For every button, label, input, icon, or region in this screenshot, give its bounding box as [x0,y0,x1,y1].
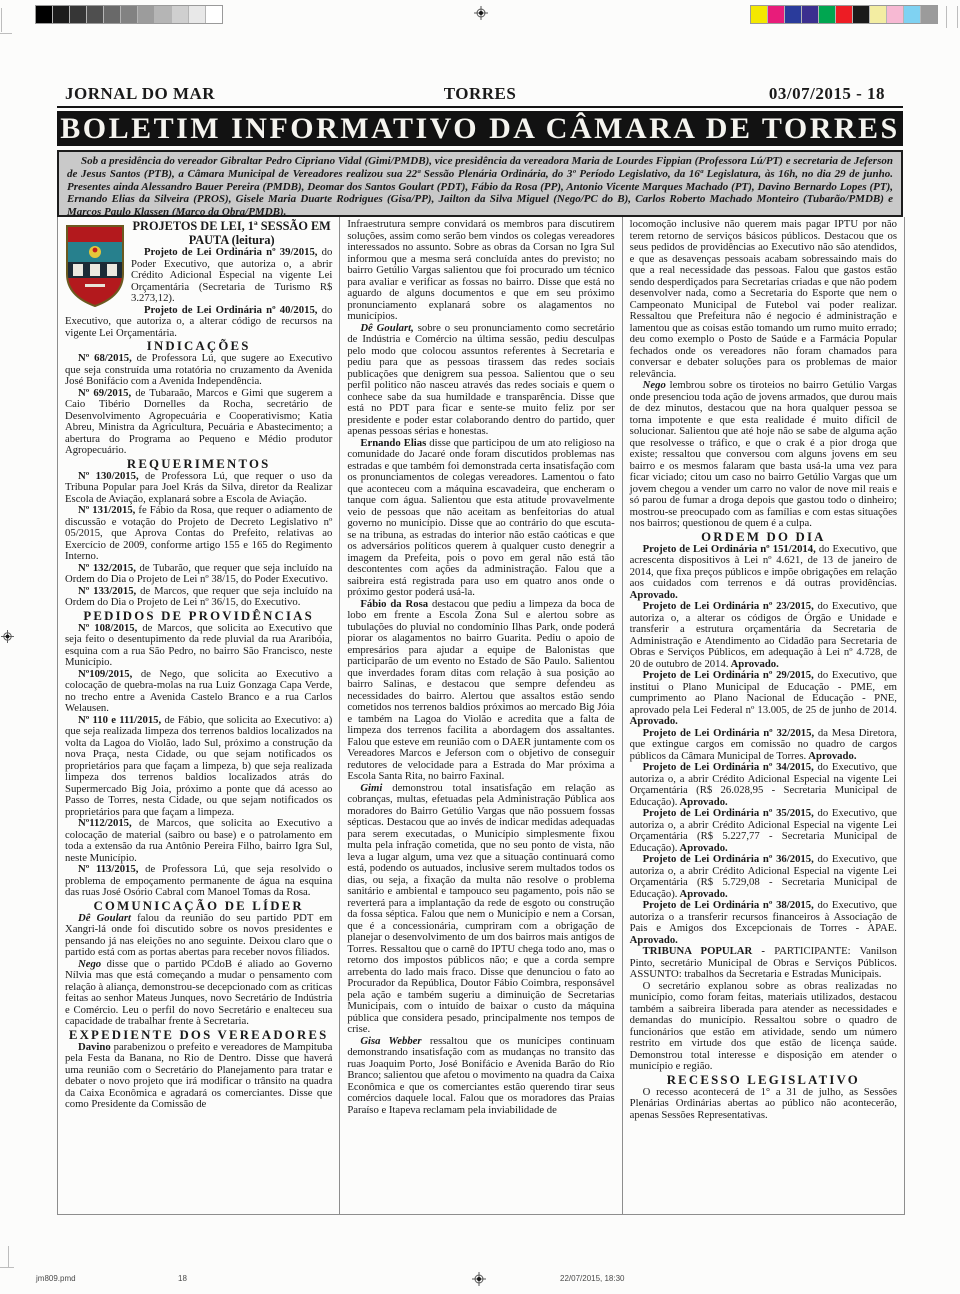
paragraph-lead: Nº112/2015, [78,817,139,829]
crop-mark [8,1246,9,1268]
paragraph-lead: Nº 132/2015, [78,562,139,574]
paragraph: Projeto de Lei Ordinária nº 32/2015, da … [630,728,897,763]
paragraph: Nº 113/2015, de Professora Lú, que seja … [65,864,332,899]
calibration-swatch [155,6,172,23]
masthead-date-page: 03/07/2015 - 18 [769,84,885,104]
masthead-rule [57,106,903,108]
calibration-swatch [768,6,785,23]
paragraph: Nego lembrou sobre os tiroteios no bairr… [630,380,897,530]
paragraph-lead: Nego [78,958,107,970]
paragraph-lead: Projeto de Lei Ordinária nº 32/2015, [643,727,818,739]
paragraph: Projeto de Lei Ordinária nº 34/2015, do … [630,762,897,808]
paragraph-tail: Aprovado. [677,842,727,854]
paragraph-lead: TRIBUNA POPULAR - [643,945,775,957]
calibration-swatch [819,6,836,23]
section-heading: ORDEM DO DIA [630,530,897,544]
crop-mark [0,33,12,34]
paragraph: Projeto de Lei Ordinária nº 40/2015, do … [65,305,332,340]
calibration-swatch [70,6,87,23]
paragraph: Projeto de Lei Ordinária nº 29/2015, do … [630,670,897,728]
paragraph-lead: Projeto de Lei Ordinária nº 23/2015, [643,600,818,612]
paragraph: Davino parabenizou o prefeito e vereador… [65,1042,332,1111]
paragraph: O secretário explanou sobre as obras rea… [630,981,897,1073]
paragraph: Ernando Elias disse que participou de um… [347,438,614,599]
paragraph: Projeto de Lei Ordinária nº 23/2015, do … [630,601,897,670]
column-1: PROJETOS DE LEI, 1ª SESSÃO EM PAUTA (lei… [58,217,339,1214]
paragraph-lead: Projeto de Lei Ordinária nº 39/2015, [144,246,322,258]
section-heading: EXPEDIENTE DOS VEREADORES [65,1028,332,1042]
bulletin-banner-title: BOLETIM INFORMATIVO DA CÂMARA DE TORRES [57,111,903,146]
paragraph: Infraestrutura sempre convidará os membr… [347,219,614,323]
paragraph: Nº 130/2015, de Professora Lú, que reque… [65,471,332,506]
registration-mark-icon [472,1272,486,1286]
paragraph-tail: Aprovado. [729,658,779,670]
calibration-swatch [887,6,904,23]
paragraph-lead: Nº 110 e 111/2015, [78,714,164,726]
paragraph: Nº112/2015, de Marcos, que solicita ao E… [65,818,332,864]
calibration-swatch [87,6,104,23]
paragraph: Dê Goulart, sobre o seu pronunciamento c… [347,323,614,438]
paragraph-lead: Gisa Webber [360,1035,429,1047]
paragraph-lead: Nº 69/2015, [78,387,135,399]
calibration-swatch [751,6,768,23]
paragraph-tail: Aprovado. [677,888,727,900]
paragraph: Nº 133/2015, de Marcos, que requer que s… [65,586,332,609]
paragraph-tail: Aprovado. [630,715,678,727]
paragraph-lead: Davino [78,1041,114,1053]
paragraph-lead: Nº 108/2015, [78,622,142,634]
calibration-swatch [853,6,870,23]
calibration-swatch [138,6,155,23]
calibration-swatch [53,6,70,23]
crop-mark [957,6,958,28]
paragraph: Projeto de Lei Ordinária nº 35/2015, do … [630,808,897,854]
column-3: locomoção inclusive não querem mais paga… [622,217,904,1214]
session-intro-box: Sob a presidência do vereador Gibraltar … [57,150,903,217]
paragraph-lead: Projeto de Lei Ordinária nº 36/2015, [643,853,818,865]
paragraph-lead: Dê Goulart [78,912,137,924]
calibration-swatch [104,6,121,23]
calibration-swatch [836,6,853,23]
camara-torres-crest-logo [65,222,125,308]
section-heading: PEDIDOS DE PROVIDÊNCIAS [65,609,332,623]
paragraph: Gimi demonstrou total insatisfação em re… [347,783,614,1036]
paragraph: O recesso acontecerá de 1° a 31 de julho… [630,1087,897,1122]
paragraph-tail: Aprovado. [630,589,678,601]
paragraph: Fábio da Rosa destacou que pediu a limpe… [347,599,614,783]
paragraph: Projeto de Lei Ordinária nº 36/2015, do … [630,854,897,900]
calibration-swatch [785,6,802,23]
paragraph-lead: Projeto de Lei Ordinária nº 40/2015, [144,304,322,316]
footer-filename: jm809.pmd [36,1274,76,1283]
paragraph: Projeto de Lei Ordinária nº 38/2015, do … [630,900,897,946]
footer-page-number: 18 [178,1274,187,1283]
paragraph: Nº 68/2015, de Professora Lú, que sugere… [65,353,332,388]
footer-timestamp: 22/07/2015, 18:30 [560,1274,625,1283]
section-heading: COMUNICAÇÃO DE LÍDER [65,899,332,913]
calibration-swatch [921,6,937,23]
paragraph: locomoção inclusive não querem mais paga… [630,219,897,380]
paragraph-tail: Aprovado. [806,750,856,762]
newspaper-page: { "masthead": { "brand": "JORNAL DO MAR"… [0,0,960,1294]
paragraph: Projeto de Lei Ordinária nº 151/2014, do… [630,544,897,602]
registration-mark-icon [1,630,14,643]
paragraph: Nego disse que o partido PCdoB é aliado … [65,959,332,1028]
color-calibration-bar [750,5,938,24]
calibration-swatch [172,6,189,23]
paragraph-lead: Projeto de Lei Ordinária nº 35/2015, [643,807,818,819]
content-columns: PROJETOS DE LEI, 1ª SESSÃO EM PAUTA (lei… [57,217,905,1215]
paragraph-lead: Nº 113/2015, [78,863,145,875]
calibration-swatch [36,6,53,23]
session-intro-text: Sob a presidência do vereador Gibraltar … [67,155,893,219]
crop-mark [946,6,947,28]
grayscale-calibration-bar [35,5,223,24]
calibration-swatch [206,6,222,23]
paragraph-lead: Nº 131/2015, [78,504,138,516]
calibration-swatch [870,6,887,23]
paragraph: Dê Goulart falou da reunião do seu parti… [65,913,332,959]
paragraph: Gisa Webber ressaltou que os munícipes c… [347,1036,614,1117]
section-heading: RECESSO LEGISLATIVO [630,1073,897,1087]
masthead: JORNAL DO MAR TORRES 03/07/2015 - 18 [57,84,903,106]
paragraph: Nº 110 e 111/2015, de Fábio, que solicit… [65,715,332,819]
calibration-swatch [189,6,206,23]
paragraph-lead: Gimi [360,782,392,794]
calibration-swatch [121,6,138,23]
paragraph-lead: Nº 130/2015, [78,470,145,482]
paragraph-lead: Projeto de Lei Ordinária nº 38/2015, [643,899,818,911]
paragraph-lead: Projeto de Lei Ordinária nº 34/2015, [643,761,818,773]
paragraph: Nº 132/2015, de Tubarão, que requer que … [65,563,332,586]
column-2: Infraestrutura sempre convidará os membr… [339,217,621,1214]
paragraph-tail: Aprovado. [677,796,727,808]
paragraph-lead: Projeto de Lei Ordinária nº 151/2014, [643,543,819,555]
calibration-swatch [802,6,819,23]
paragraph-lead: Dê Goulart, [360,322,417,334]
calibration-swatch [904,6,921,23]
paragraph: Nº 69/2015, de Tubaraão, Marcos e Gimi q… [65,388,332,457]
paragraph-lead: Nº 133/2015, [78,585,140,597]
paragraph-lead: Fábio da Rosa [360,598,432,610]
paragraph-lead: Projeto de Lei Ordinária nº 29/2015, [643,669,818,681]
paragraph-lead: Nº109/2015, [78,668,141,680]
crop-mark [1,8,2,32]
paragraph-lead: Nego [643,379,670,391]
section-heading: REQUERIMENTOS [65,457,332,471]
section-heading: INDICAÇÕES [65,339,332,353]
crop-mark [0,1267,14,1268]
paragraph: Nº109/2015, de Nego, que solicita ao Exe… [65,669,332,715]
paragraph: Nº 108/2015, de Marcos, que solicita ao … [65,623,332,669]
paragraph-lead: Ernando Elias [360,437,429,449]
paragraph: Nº 131/2015, fe Fábio da Rosa, que reque… [65,505,332,563]
paragraph-lead: Nº 68/2015, [78,352,137,364]
paragraph-tail: Aprovado. [630,934,678,946]
registration-mark-icon [474,6,488,20]
paragraph: TRIBUNA POPULAR - PARTICIPANTE: Vanilson… [630,946,897,981]
